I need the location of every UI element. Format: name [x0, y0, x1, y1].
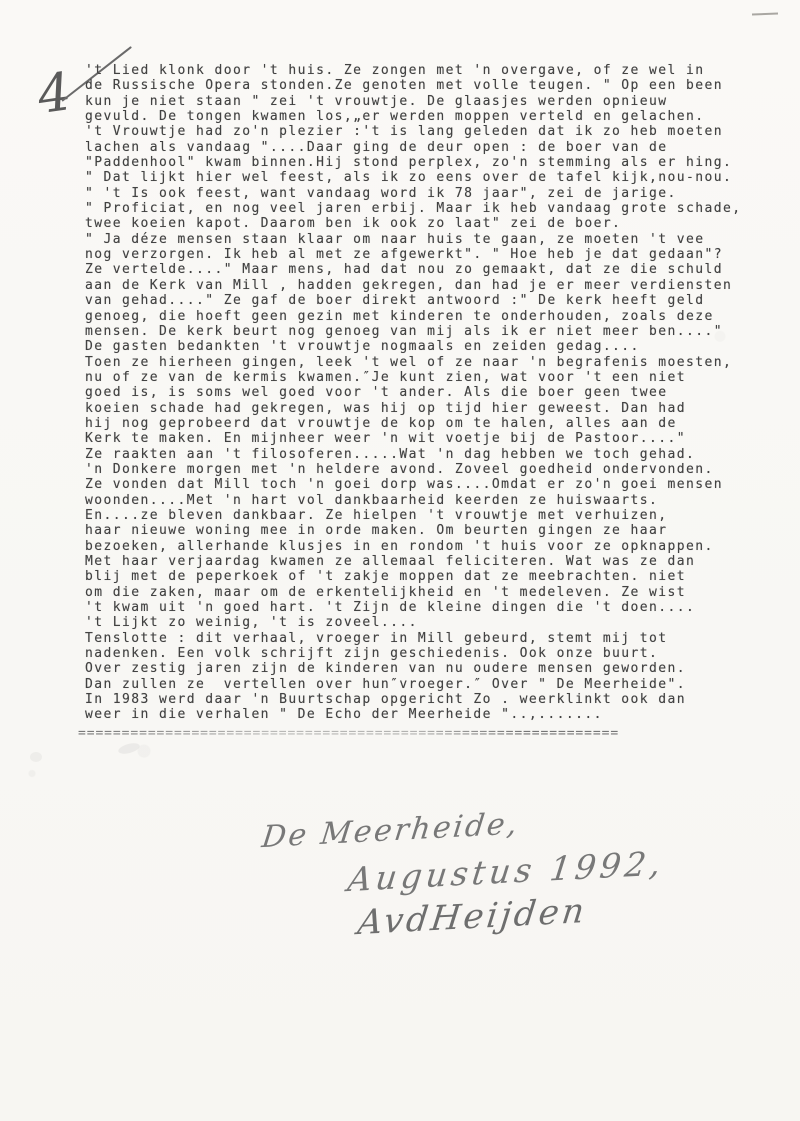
scanned-document-page: 4 't Lied klonk door 't huis. Ze zongen … — [0, 0, 800, 1121]
typed-separator-line: ========================================… — [78, 726, 619, 741]
scan-smudge — [30, 752, 42, 762]
typed-text-body: 't Lied klonk door 't huis. Ze zongen me… — [85, 63, 765, 723]
pen-dash-mark — [752, 13, 778, 16]
handwritten-location: De Meerheide, — [260, 806, 522, 855]
handwritten-date: Augustus 1992, — [346, 843, 667, 899]
handwritten-signature: AvdHeijden — [356, 891, 590, 943]
scan-smudge — [117, 741, 141, 755]
